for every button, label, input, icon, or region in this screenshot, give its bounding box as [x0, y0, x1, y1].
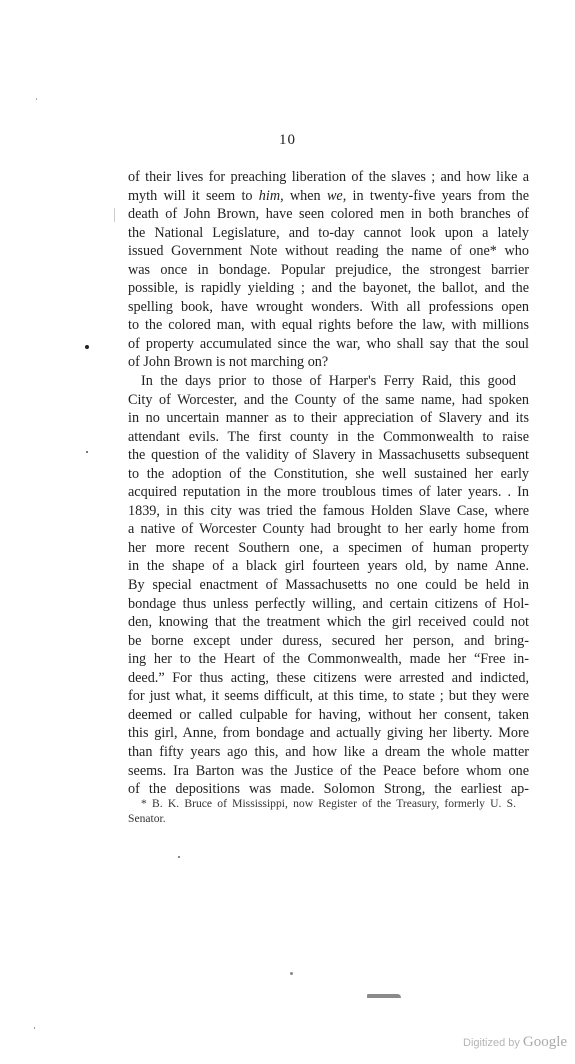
scan-speck — [367, 994, 401, 998]
text-line: attendant evils. The first county in the… — [128, 428, 529, 447]
footnote: * B. K. Bruce of Mississippi, now Regist… — [128, 796, 529, 826]
emphasis: we, — [327, 188, 346, 204]
text-line: than fifty years ago this, and how like … — [128, 743, 529, 762]
text-line: Senator. — [128, 811, 529, 826]
text-line: to the adoption of the Constitution, she… — [128, 465, 529, 484]
text-line: seems. Ira Barton was the Justice of the… — [128, 762, 529, 781]
scan-speck — [290, 972, 293, 975]
paragraph: In the days prior to those of Harper's F… — [128, 372, 529, 799]
text-line: be borne except under duress, secured he… — [128, 632, 529, 651]
text-line: the National Legislature, and to-day can… — [128, 224, 529, 243]
text-line: In the days prior to those of Harper's F… — [128, 372, 529, 391]
paragraph: of their lives for preaching liberation … — [128, 168, 529, 372]
text-line: was once in bondage. Popular prejudice, … — [128, 261, 529, 280]
text-line: a native of Worcester County had brought… — [128, 520, 529, 539]
google-logo-text: Google — [523, 1034, 567, 1050]
text-line: 1839, in this city was tried the famous … — [128, 502, 529, 521]
scan-speck — [178, 856, 180, 858]
text-line: deed.” For thus acting, these citizens w… — [128, 669, 529, 688]
text-line: for just what, it seems difficult, at th… — [128, 687, 529, 706]
text-line: of their lives for preaching liberation … — [128, 168, 529, 187]
body-text: of their lives for preaching liberation … — [128, 168, 529, 799]
text-line: myth will it seem to him, when we, in tw… — [128, 187, 529, 206]
text-line: the question of the validity of Slavery … — [128, 446, 529, 465]
digitized-by-watermark: Digitized by Google — [463, 1034, 567, 1051]
text-line: of property accumulated since the war, w… — [128, 335, 529, 354]
text-line: death of John Brown, have seen colored m… — [128, 205, 529, 224]
text-line: deemed or called culpable for having, wi… — [128, 706, 529, 725]
text-line: City of Worcester, and the County of the… — [128, 391, 529, 410]
text-line: ing her to the Heart of the Commonwealth… — [128, 650, 529, 669]
text-line: acquired reputation in the more troublou… — [128, 483, 529, 502]
text-line: By special enactment of Massachusetts no… — [128, 576, 529, 595]
scan-speck — [36, 98, 37, 100]
text-line: in no uncertain manner as to their appre… — [128, 409, 529, 428]
scan-speck — [34, 1027, 35, 1029]
watermark-prefix: Digitized by — [463, 1037, 520, 1049]
scan-speck — [85, 345, 89, 349]
emphasis: him, — [259, 188, 284, 204]
text-line: possible, is rapidly yielding ; and the … — [128, 279, 529, 298]
text-line: issued Government Note without reading t… — [128, 242, 529, 261]
text-line: * B. K. Bruce of Mississippi, now Regist… — [128, 796, 529, 811]
scan-speck — [114, 208, 115, 222]
text-line: this girl, Anne, from bondage and actual… — [128, 724, 529, 743]
page-number: 10 — [0, 132, 575, 149]
text-line: of John Brown is not marching on? — [128, 353, 529, 372]
text-line: in the shape of a black girl fourteen ye… — [128, 557, 529, 576]
text-line: her more recent Southern one, a specimen… — [128, 539, 529, 558]
text-line: to the colored man, with equal rights be… — [128, 316, 529, 335]
text-line: den, knowing that the treatment which th… — [128, 613, 529, 632]
text-line: spelling book, have wrought wonders. Wit… — [128, 298, 529, 317]
text-line: bondage thus unless perfectly willing, a… — [128, 595, 529, 614]
scan-speck — [86, 451, 88, 453]
